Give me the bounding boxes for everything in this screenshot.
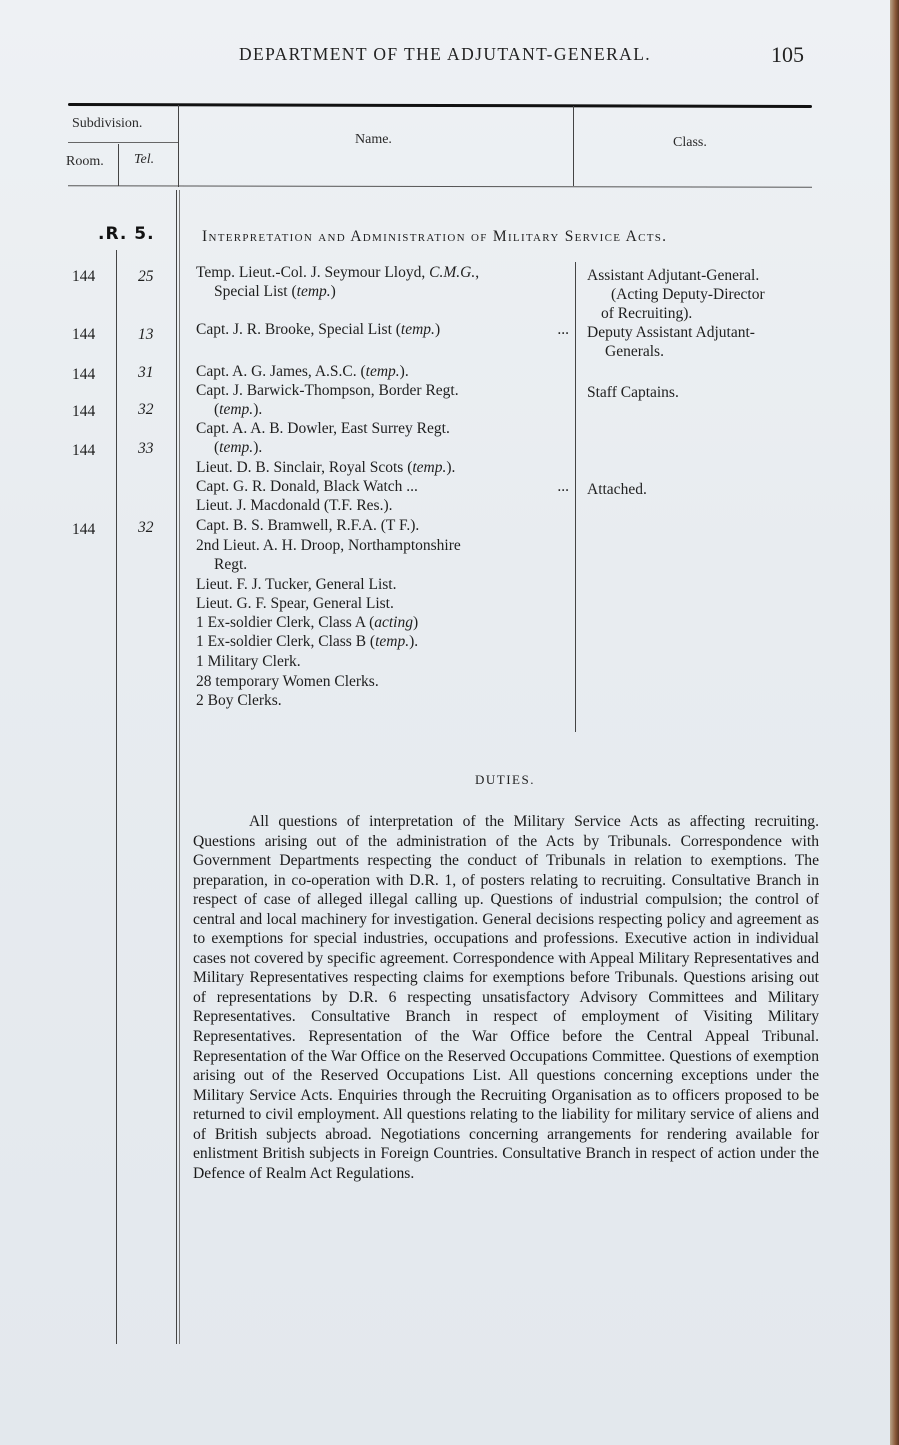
- table-row-name: Lieut. D. B. Sinclair, Royal Scots (temp…: [196, 458, 571, 477]
- tel-number: 33: [138, 439, 168, 458]
- table-row-name: 1 Ex-soldier Clerk, Class B (temp.).: [196, 632, 571, 651]
- subdivision-header: Subdivision.: [72, 116, 142, 132]
- table-top-rule: [68, 103, 812, 108]
- room-tel-divider-header: [118, 144, 119, 186]
- subdivision-name-divider-header: [178, 105, 179, 187]
- duties-paragraph: All questions of interpretation of the M…: [193, 812, 819, 1183]
- class-header: Class.: [673, 135, 707, 151]
- table-row-name: Lieut. J. Macdonald (T.F. Res.).: [196, 496, 571, 515]
- room-header: Room.: [66, 154, 104, 170]
- page-edge: [890, 0, 899, 1445]
- tel-number: 32: [138, 400, 168, 419]
- table-row-name: Capt. B. S. Bramwell, R.F.A. (T F.).: [196, 516, 571, 535]
- name-class-divider-header: [573, 106, 574, 186]
- table-row-name: Temp. Lieut.-Col. J. Seymour Lloyd, C.M.…: [196, 263, 571, 301]
- room-number: 144: [72, 267, 112, 286]
- table-row-name: Capt. J. Barwick-Thompson, Border Regt. …: [196, 381, 571, 419]
- page-number: 105: [771, 42, 804, 68]
- tel-number: 31: [138, 363, 168, 382]
- class-staff-captains: Staff Captains.: [587, 383, 827, 402]
- running-head: Department of the Adjutant-General.: [175, 44, 715, 65]
- name-class-divider: [575, 262, 576, 732]
- room-number: 144: [72, 441, 112, 460]
- duties-heading: DUTIES.: [180, 772, 830, 788]
- table-row-name: 28 temporary Women Clerks.: [196, 672, 571, 691]
- table-row-name: Lieut. F. J. Tucker, General List.: [196, 575, 571, 594]
- tel-number: 13: [138, 325, 168, 344]
- table-row-name: 2nd Lieut. A. H. Droop, Northamptonshire…: [196, 536, 571, 574]
- room-number: 144: [72, 325, 112, 344]
- table-row-name: Capt. G. R. Donald, Black Watch ... ...: [196, 477, 571, 496]
- class-attached: Attached.: [587, 480, 827, 499]
- subdivision-name-divider-b: [179, 190, 180, 1344]
- subdivision-name-divider-a: [176, 190, 177, 1344]
- name-header: Name.: [355, 132, 392, 148]
- table-row-name: Capt. A. G. James, A.S.C. (temp.).: [196, 362, 571, 381]
- table-row-name: Lieut. G. F. Spear, General List.: [196, 594, 571, 613]
- room-tel-divider: [116, 250, 117, 1344]
- table-row-name: 1 Military Clerk.: [196, 652, 571, 671]
- section-title: Interpretation and Administration of Mil…: [202, 228, 667, 246]
- tel-number: 25: [138, 267, 168, 286]
- room-number: 144: [72, 365, 112, 384]
- table-row-name: Capt. J. R. Brooke, Special List (temp.)…: [196, 320, 571, 339]
- tel-header: Tel.: [134, 152, 154, 168]
- section-code: .R. 5.: [98, 224, 155, 244]
- class-assistant-adjutant-general: Assistant Adjutant-General. (Acting Depu…: [587, 266, 827, 323]
- book-page: Department of the Adjutant-General. 105 …: [0, 0, 890, 1445]
- tel-number: 32: [138, 518, 168, 537]
- table-row-name: Capt. A. A. B. Dowler, East Surrey Regt.…: [196, 419, 571, 457]
- room-number: 144: [72, 402, 112, 421]
- table-row-name: 2 Boy Clerks.: [196, 691, 571, 710]
- class-deputy-assistant-adjutant-generals: Deputy Assistant Adjutant- Generals.: [587, 323, 827, 361]
- room-number: 144: [72, 520, 112, 539]
- subdivision-rule: [68, 142, 178, 143]
- table-row-name: 1 Ex-soldier Clerk, Class A (acting): [196, 613, 571, 632]
- table-header-bottom-rule: [68, 185, 812, 188]
